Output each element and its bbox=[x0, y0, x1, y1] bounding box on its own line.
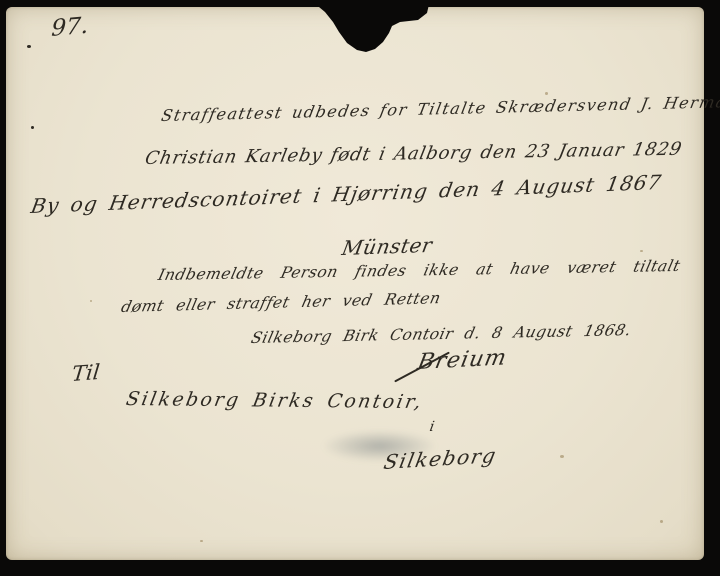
ink-dot bbox=[27, 45, 31, 48]
address-to-label: Til bbox=[71, 362, 101, 385]
paper-speck bbox=[640, 250, 643, 252]
paper-speck bbox=[660, 520, 663, 523]
scan-background: 97. Straffeattest udbedes for Tiltalte S… bbox=[0, 0, 720, 576]
address-recipient: Silkeborg Birks Contoir, bbox=[124, 390, 424, 412]
torn-notch bbox=[303, 0, 435, 57]
paper-speck bbox=[200, 540, 203, 542]
paper-speck bbox=[560, 455, 564, 458]
bottom-signature: Silkeborg bbox=[382, 445, 498, 472]
paper-speck bbox=[90, 300, 92, 302]
document-paper bbox=[6, 7, 704, 560]
ink-dot bbox=[31, 126, 34, 129]
paper-speck bbox=[545, 92, 548, 95]
request-signature: Münster bbox=[340, 235, 434, 258]
document-number: 97. bbox=[51, 15, 89, 41]
reply-signature: Breium bbox=[416, 347, 509, 374]
